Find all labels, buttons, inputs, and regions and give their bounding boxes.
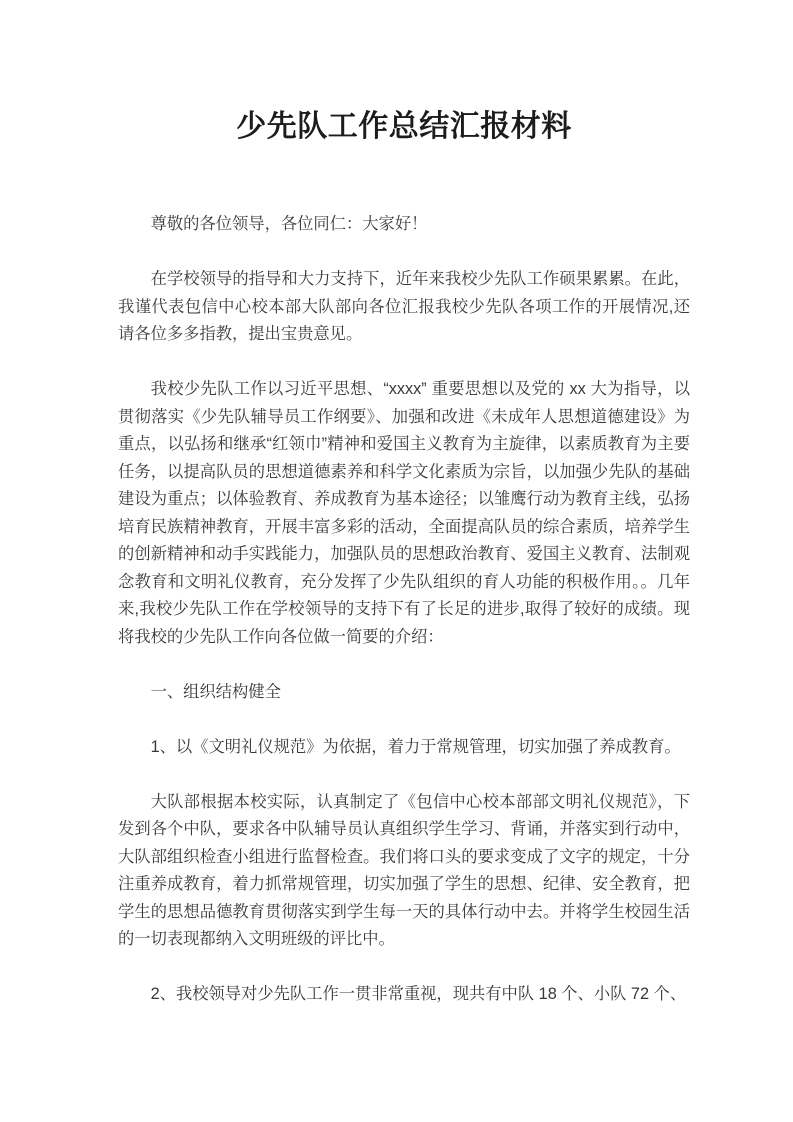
document-page: 少先队工作总结汇报材料 尊敬的各位领导，各位同仁：大家好！ 在学校领导的指导和大… — [0, 0, 793, 1122]
document-title: 少先队工作总结汇报材料 — [118, 105, 690, 149]
overview-paragraph: 我校少先队工作以习近平思想、“xxxx” 重要思想以及党的 xx 大为指导，以贯… — [118, 376, 690, 651]
item-2-paragraph: 2、我校领导对少先队工作一贯非常重视，现共有中队 18 个、小队 72 个、 — [118, 981, 690, 1009]
greeting-paragraph: 尊敬的各位领导，各位同仁：大家好！ — [118, 211, 690, 239]
item-1-paragraph: 1、以《文明礼仪规范》为依据，着力于常规管理，切实加强了养成教育。 — [118, 734, 690, 762]
intro-paragraph: 在学校领导的指导和大力支持下，近年来我校少先队工作硕果累累。在此，我谨代表包信中… — [118, 266, 690, 349]
item-1-detail-paragraph: 大队部根据本校实际，认真制定了《包信中心校本部部文明礼仪规范》，下发到各个中队，… — [118, 789, 690, 954]
section-heading: 一、组织结构健全 — [118, 679, 690, 707]
